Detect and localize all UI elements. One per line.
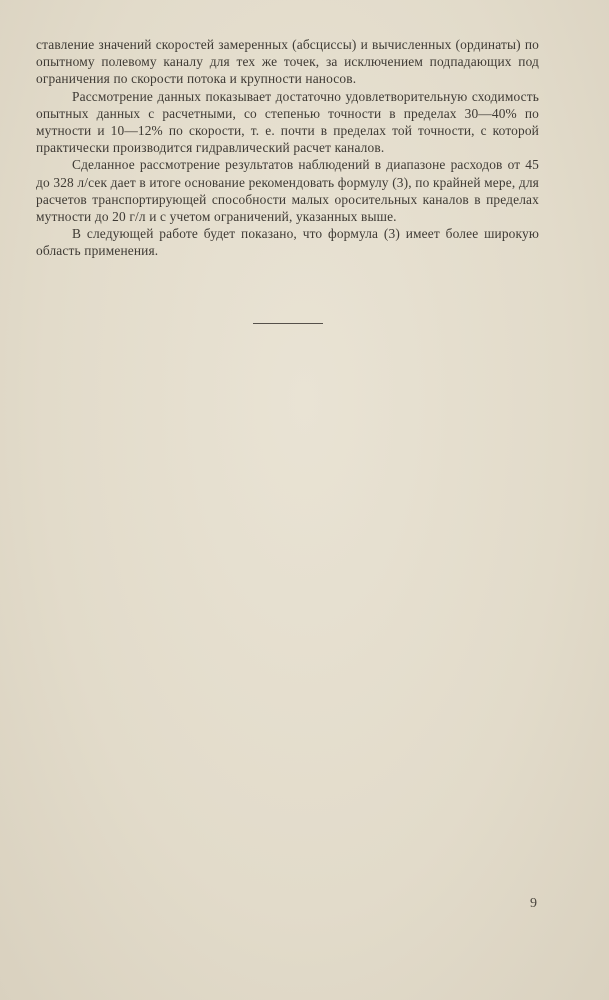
body-text: ставление значений скоростей замеренных … (36, 36, 539, 260)
paragraph-4: В следующей работе будет показано, что ф… (36, 225, 539, 259)
paragraph-2: Рассмотрение данных показывает достаточн… (36, 88, 539, 157)
document-page: ставление значений скоростей замеренных … (0, 0, 609, 1000)
section-divider (253, 323, 323, 324)
paragraph-1: ставление значений скоростей замеренных … (36, 36, 539, 88)
page-number: 9 (530, 896, 537, 912)
paragraph-3: Сделанное рассмотрение результатов наблю… (36, 156, 539, 225)
